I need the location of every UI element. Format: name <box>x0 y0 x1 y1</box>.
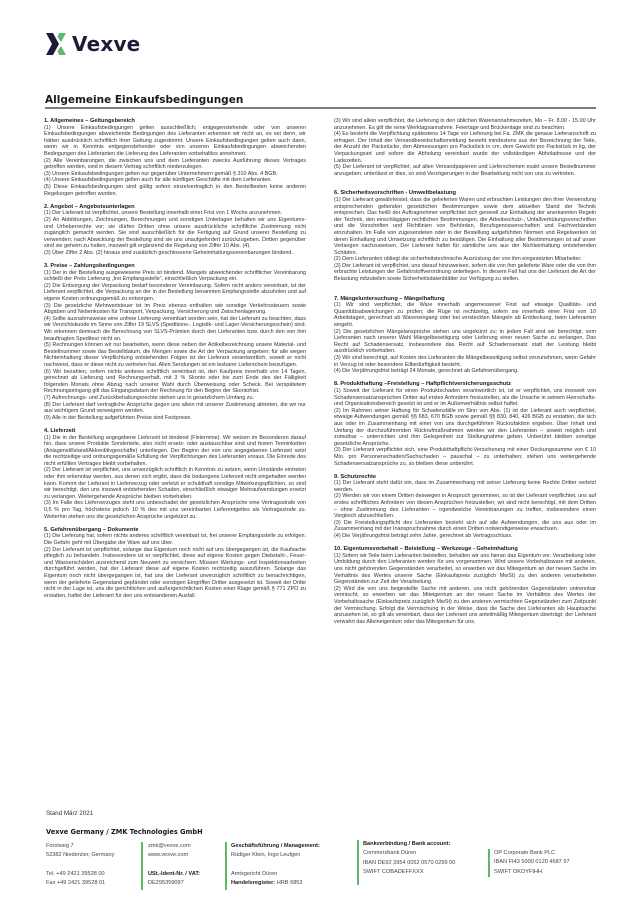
bank-swift: SWIFT OKOYFIHH <box>494 868 570 877</box>
paragraph: (1) Der Lieferant ist verpflichtet, unse… <box>44 210 306 217</box>
vexve-x-icon <box>46 33 68 55</box>
footer-divider <box>488 849 490 877</box>
paragraph: (1) Unsere Einkaufsbedingungen gelten au… <box>44 125 306 158</box>
paragraph: (7) Aufrechnungs- und Zurückbehaltungsre… <box>44 395 306 402</box>
section-title: 6. Sicherheitsvorschriften - Umweltbelas… <box>334 190 596 197</box>
paragraph: (1) Der in der Bestellung ausgewiesene P… <box>44 270 306 283</box>
footer-divider <box>225 842 227 890</box>
paragraph: (9) Alle in der Bestellung aufgeführten … <box>44 415 306 422</box>
paragraph: (3) Die gesetzliche Mehrwertsteuer ist i… <box>44 303 306 316</box>
paragraph: (2) Werden wir von einem Dritten deswege… <box>334 493 596 519</box>
section-5: 5. Gefahrenübergang – Dokumente (1) Die … <box>44 527 306 600</box>
paragraph: (4) Die Verjährungsfrist beträgt 24 Mona… <box>334 368 596 375</box>
vexve-logo: Vexve <box>46 32 140 56</box>
bank-name: OP Corporate Bank PLC <box>494 849 570 858</box>
footer-contact: zmk@vexve.com www.vexve.com USt.-Ident-N… <box>148 842 200 889</box>
footer-divider <box>357 840 359 885</box>
section-title: 1. Allgemeines – Geltungsbereich <box>44 118 306 125</box>
paragraph: (5) Rechnungen können wir nur bearbeiten… <box>44 342 306 368</box>
footer-bank-2: OP Corporate Bank PLC IBAN FI43 5000 012… <box>494 849 570 877</box>
paragraph: (1) Wir sind verpflichtet, die Ware inne… <box>334 302 596 328</box>
paragraph: (4) Es besteht die Verpflichtung spätest… <box>334 131 596 164</box>
paragraph: (6) Wir bezahlen, sofern nichts anderes … <box>44 369 306 395</box>
bank-iban: IBAN DE92 3954 0052 0570 0299 00 <box>363 859 455 868</box>
section-title: 2. Angebot – Angebotsunterlagen <box>44 204 306 211</box>
paragraph: (3) Der Lieferant ist verpflichtet, uns … <box>334 263 596 283</box>
paragraph: (1) Der Lieferant gewährleistet, dass di… <box>334 197 596 256</box>
bank-name: Commerzbank Düren <box>363 849 455 858</box>
section-3: 3. Preise – Zahlungsbedingungen (1) Der … <box>44 263 306 421</box>
bank-iban: IBAN FI43 5000 0120 4687 97 <box>494 858 570 867</box>
paragraph: (2) Alle Vereinbarungen, die zwischen un… <box>44 158 306 171</box>
register-number: HRB 6853 <box>277 880 303 886</box>
footer-address: Forstweg 7 52382 Niederzier, Germany Tel… <box>46 842 114 889</box>
paragraph: (3) Über Ziffer 2 Abs. (2) hinaus sind z… <box>44 250 306 257</box>
footer-divider <box>141 842 143 890</box>
section-4: 4. Lieferzeit (1) Die in der Bestellung … <box>44 428 306 520</box>
paragraph: (4) Sollte ausnahmsweise eine unfreie Li… <box>44 316 306 342</box>
section-5-continued: (3) Wir sind allein verpflichtet, die Li… <box>334 118 596 177</box>
phone: Tel. +49 2421 39528 00 <box>46 870 114 879</box>
website-link[interactable]: www.vexve.com <box>148 851 200 860</box>
paragraph: (2) Der Lieferant ist verpflichtet, uns … <box>44 467 306 500</box>
paragraph: (3) Wir sind allein verpflichtet, die Li… <box>334 118 596 131</box>
footer-bank-1: Bankverbindung / Bank account: Commerzba… <box>363 840 455 878</box>
section-title: 5. Gefahrenübergang – Dokumente <box>44 527 306 534</box>
left-column: 1. Allgemeines – Geltungsbereich (1) Uns… <box>44 118 306 606</box>
section-title: 10. Eigentumsvorbehalt – Beistellung – W… <box>334 546 596 553</box>
section-6: 6. Sicherheitsvorschriften - Umweltbelas… <box>334 190 596 282</box>
section-title: 7. Mängeluntersuchung – Mängelhaftung <box>334 296 596 303</box>
paragraph: (1) Die in der Bestellung angegebene Lie… <box>44 435 306 468</box>
vat-label: USt.-Ident-Nr. / VAT: <box>148 871 200 877</box>
management-names: Rüdiger Klein, Ingo Leufgen <box>231 851 320 860</box>
paragraph: (2) Im Rahmen seiner Haftung für Schaden… <box>334 408 596 448</box>
section-title: 8. Produkthaftung –Freistellung – Haftpf… <box>334 381 596 388</box>
section-title: 4. Lieferzeit <box>44 428 306 435</box>
paragraph: (2) Dem Lieferanten obliegt die sicherhe… <box>334 256 596 263</box>
title-divider <box>45 107 596 109</box>
paragraph: (3) Der Lieferant verpflichtet sich, ein… <box>334 447 596 467</box>
paragraph: (5) Der Lieferant ist verpflichtet, auf … <box>334 164 596 177</box>
paragraph: (3) Die Freistellungspflicht des Liefera… <box>334 520 596 533</box>
paragraph: (4) Die Verjährungsfrist beträgt zehn Ja… <box>334 533 596 540</box>
section-8: 8. Produkthaftung –Freistellung – Haftpf… <box>334 381 596 467</box>
paragraph: (1) Die Lieferung hat, sofern nichts and… <box>44 533 306 546</box>
paragraph: (5) Diese Einkaufsbedingungen sind gülti… <box>44 184 306 197</box>
right-column: (3) Wir sind allein verpflichtet, die Li… <box>334 118 596 632</box>
paragraph: (2) Wird die von uns beigestellte Sache … <box>334 586 596 626</box>
street: Forstweg 7 <box>46 842 114 851</box>
page-title: Allgemeine Einkaufsbedingungen <box>45 94 243 106</box>
paragraph: (1) Soweit der Lieferant für einen Produ… <box>334 388 596 408</box>
paragraph: (2) Die gesetzlichen Mängelansprüche ste… <box>334 329 596 355</box>
paragraph: (2) Der Lieferant ist verpflichtet, sola… <box>44 547 306 600</box>
fax: Fax +49 2421 39528 01 <box>46 879 114 888</box>
paragraph: (1) Sofern wir Teile beim Lieferanten be… <box>334 553 596 586</box>
register-label: Handelsregister: <box>231 880 275 886</box>
section-7: 7. Mängeluntersuchung – Mängelhaftung (1… <box>334 296 596 375</box>
paragraph: (4) Unsere Einkaufsbedingungen gelten au… <box>44 177 306 184</box>
paragraph: (2) Die Entsorgung der Verpackung bedarf… <box>44 283 306 303</box>
revision-date: Stand März 2021 <box>46 810 93 817</box>
footer-management: Geschäftsführung / Management: Rüdiger K… <box>231 842 320 889</box>
paragraph: (8) Der Lieferant darf vertragliche Ansp… <box>44 402 306 415</box>
paragraph: (3) Im Falle des Lieferverzuges steht un… <box>44 500 306 520</box>
section-10: 10. Eigentumsvorbehalt – Beistellung – W… <box>334 546 596 625</box>
paragraph: (3) Unsere Einkaufsbedingungen gelten nu… <box>44 171 306 178</box>
bank-swift: SWIFT COBADEFFXXX <box>363 868 455 877</box>
paragraph: (2) An Abbildungen, Zeichnungen, Berechn… <box>44 217 306 250</box>
vat-number: DE295359097 <box>148 879 200 888</box>
section-1: 1. Allgemeines – Geltungsbereich (1) Uns… <box>44 118 306 197</box>
management-label: Geschäftsführung / Management: <box>231 843 320 849</box>
logo-text: Vexve <box>72 32 140 56</box>
court: Amtsgericht Düren <box>231 870 320 879</box>
section-2: 2. Angebot – Angebotsunterlagen (1) Der … <box>44 204 306 257</box>
footer-company-name: Vexve Germany / ZMK Technologies GmbH <box>46 828 203 836</box>
section-9: 9. Schutzrechte (1) Der Lieferant steht … <box>334 474 596 540</box>
email-link[interactable]: zmk@vexve.com <box>148 842 200 851</box>
paragraph: (3) Wir sind berechtigt, auf Kosten des … <box>334 355 596 368</box>
paragraph: (1) Der Lieferant steht dafür ein, dass … <box>334 480 596 493</box>
section-title: 9. Schutzrechte <box>334 474 596 481</box>
section-title: 3. Preise – Zahlungsbedingungen <box>44 263 306 270</box>
bank-label: Bankverbindung / Bank account: <box>363 841 450 847</box>
city: 52382 Niederzier, Germany <box>46 851 114 860</box>
